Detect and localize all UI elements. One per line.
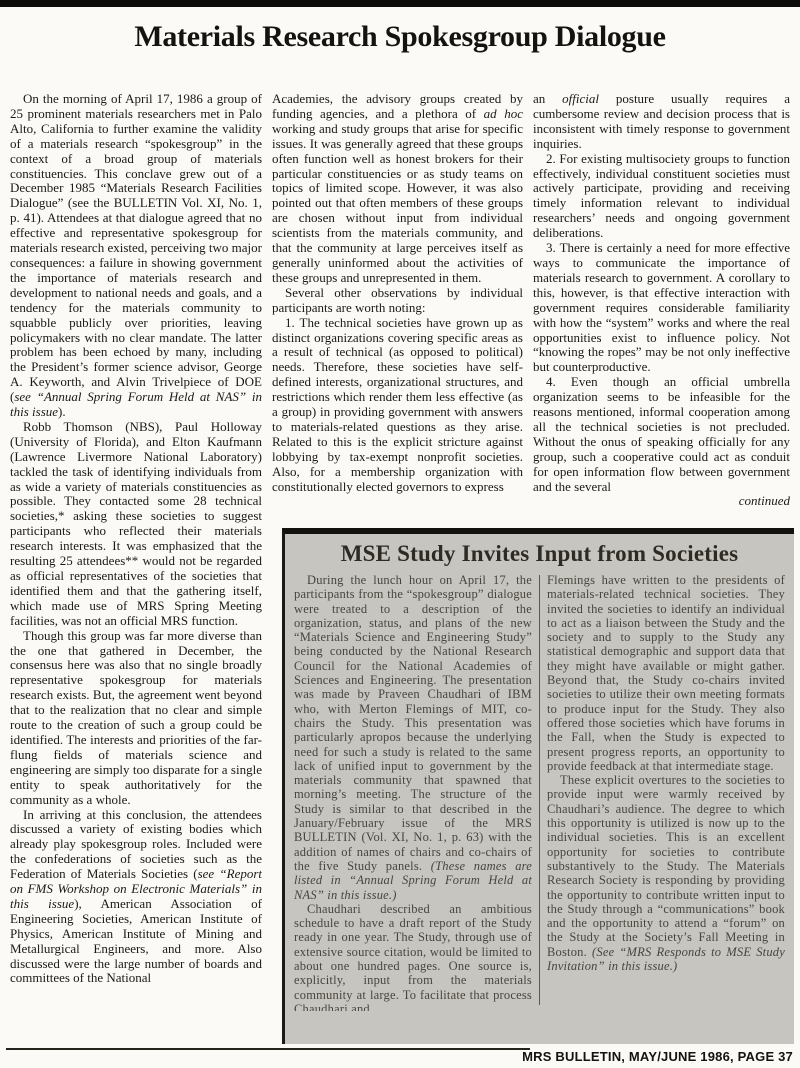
paragraph: Academies, the advisory groups created b… [272,92,523,286]
paragraph: In arriving at this conclusion, the atte… [10,808,262,987]
column-divider-rule [539,575,540,1005]
page-footer: MRS BULLETIN, MAY/JUNE 1986, PAGE 37 [522,1049,793,1064]
top-rule-bar [0,0,800,7]
mse-study-sidebar-box: MSE Study Invites Input from Societies D… [282,528,794,1044]
box-column-1: During the lunch hour on April 17, the p… [294,573,532,1011]
paragraph: On the morning of April 17, 1986 a group… [10,92,262,420]
paragraph: continued [533,494,790,509]
sidebar-box-title: MSE Study Invites Input from Societies [291,541,788,567]
paragraph: Chaudhari described an ambitious schedul… [294,902,532,1011]
sidebar-box-columns: During the lunch hour on April 17, the p… [285,571,794,1011]
paragraph: Robb Thomson (NBS), Paul Holloway (Unive… [10,420,262,629]
paragraph: an official posture usually requires a c… [533,92,790,152]
article-title: Materials Research Spokesgroup Dialogue [0,20,800,54]
paragraph: During the lunch hour on April 17, the p… [294,573,532,902]
paragraph: 4. Even though an official umbrella orga… [533,375,790,494]
article-column-3: an official posture usually requires a c… [533,92,790,524]
article-column-1: On the morning of April 17, 1986 a group… [10,92,262,1048]
magazine-page: Materials Research Spokesgroup Dialogue … [0,0,800,1068]
paragraph: Flemings have written to the presidents … [547,573,785,773]
article-column-2: Academies, the advisory groups created b… [272,92,523,524]
box-column-2: Flemings have written to the presidents … [547,573,785,1011]
paragraph: These explicit overtures to the societie… [547,773,785,973]
paragraph: Though this group was far more diverse t… [10,629,262,808]
paragraph: 3. There is certainly a need for more ef… [533,241,790,375]
bottom-rule [6,1048,530,1050]
paragraph: 1. The technical societies have grown up… [272,316,523,495]
paragraph: Several other observations by individual… [272,286,523,316]
paragraph: 2. For existing multisociety groups to f… [533,152,790,241]
